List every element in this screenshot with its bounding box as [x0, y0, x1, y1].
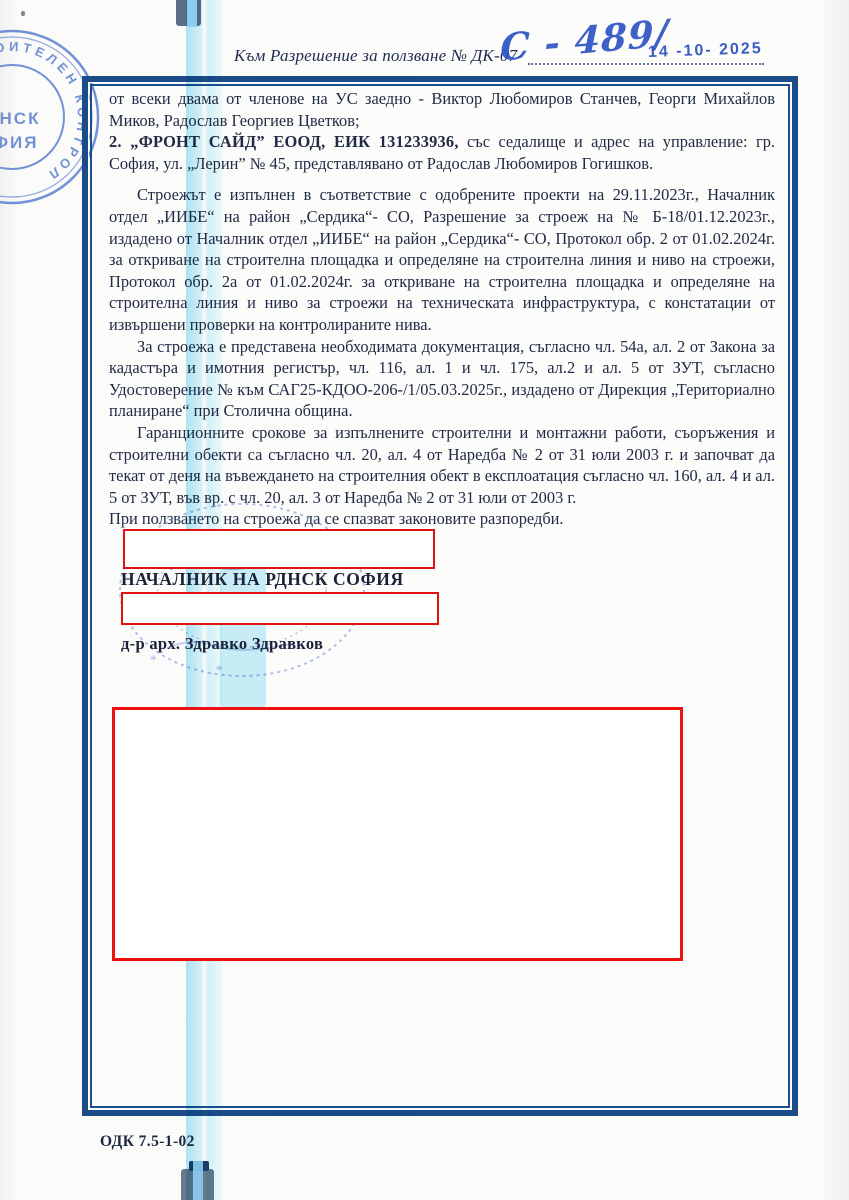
redaction-box-middle	[121, 592, 439, 625]
seal-star-left: *	[150, 652, 157, 667]
company-name-bold: 2. „ФРОНТ САЙД” ЕООД, ЕИК 131233936,	[109, 132, 459, 151]
redaction-box-top	[123, 529, 435, 569]
redaction-box-large	[112, 707, 683, 961]
scan-tab-top-highlight	[187, 0, 197, 27]
form-code: ОДК 7.5-1-02	[100, 1133, 195, 1151]
signatory-name: д-р арх. Здравко Здравков	[121, 634, 323, 654]
corner-stamp-line1: НСК	[0, 109, 40, 128]
scan-speck	[21, 11, 25, 16]
scanned-document-page: ЛЕН СТРОИТЕЛЕН КОНТРОЛ НСК ФИЯ Към Разре…	[0, 0, 849, 1200]
signatory-title: НАЧАЛНИК НА РДНСК СОФИЯ	[121, 569, 404, 590]
corner-stamp-line2: ФИЯ	[0, 133, 38, 152]
scan-tab-bottom-highlight	[193, 1161, 203, 1200]
header-reference-label: Към Разрешение за ползване № ДК-07-	[234, 46, 523, 66]
